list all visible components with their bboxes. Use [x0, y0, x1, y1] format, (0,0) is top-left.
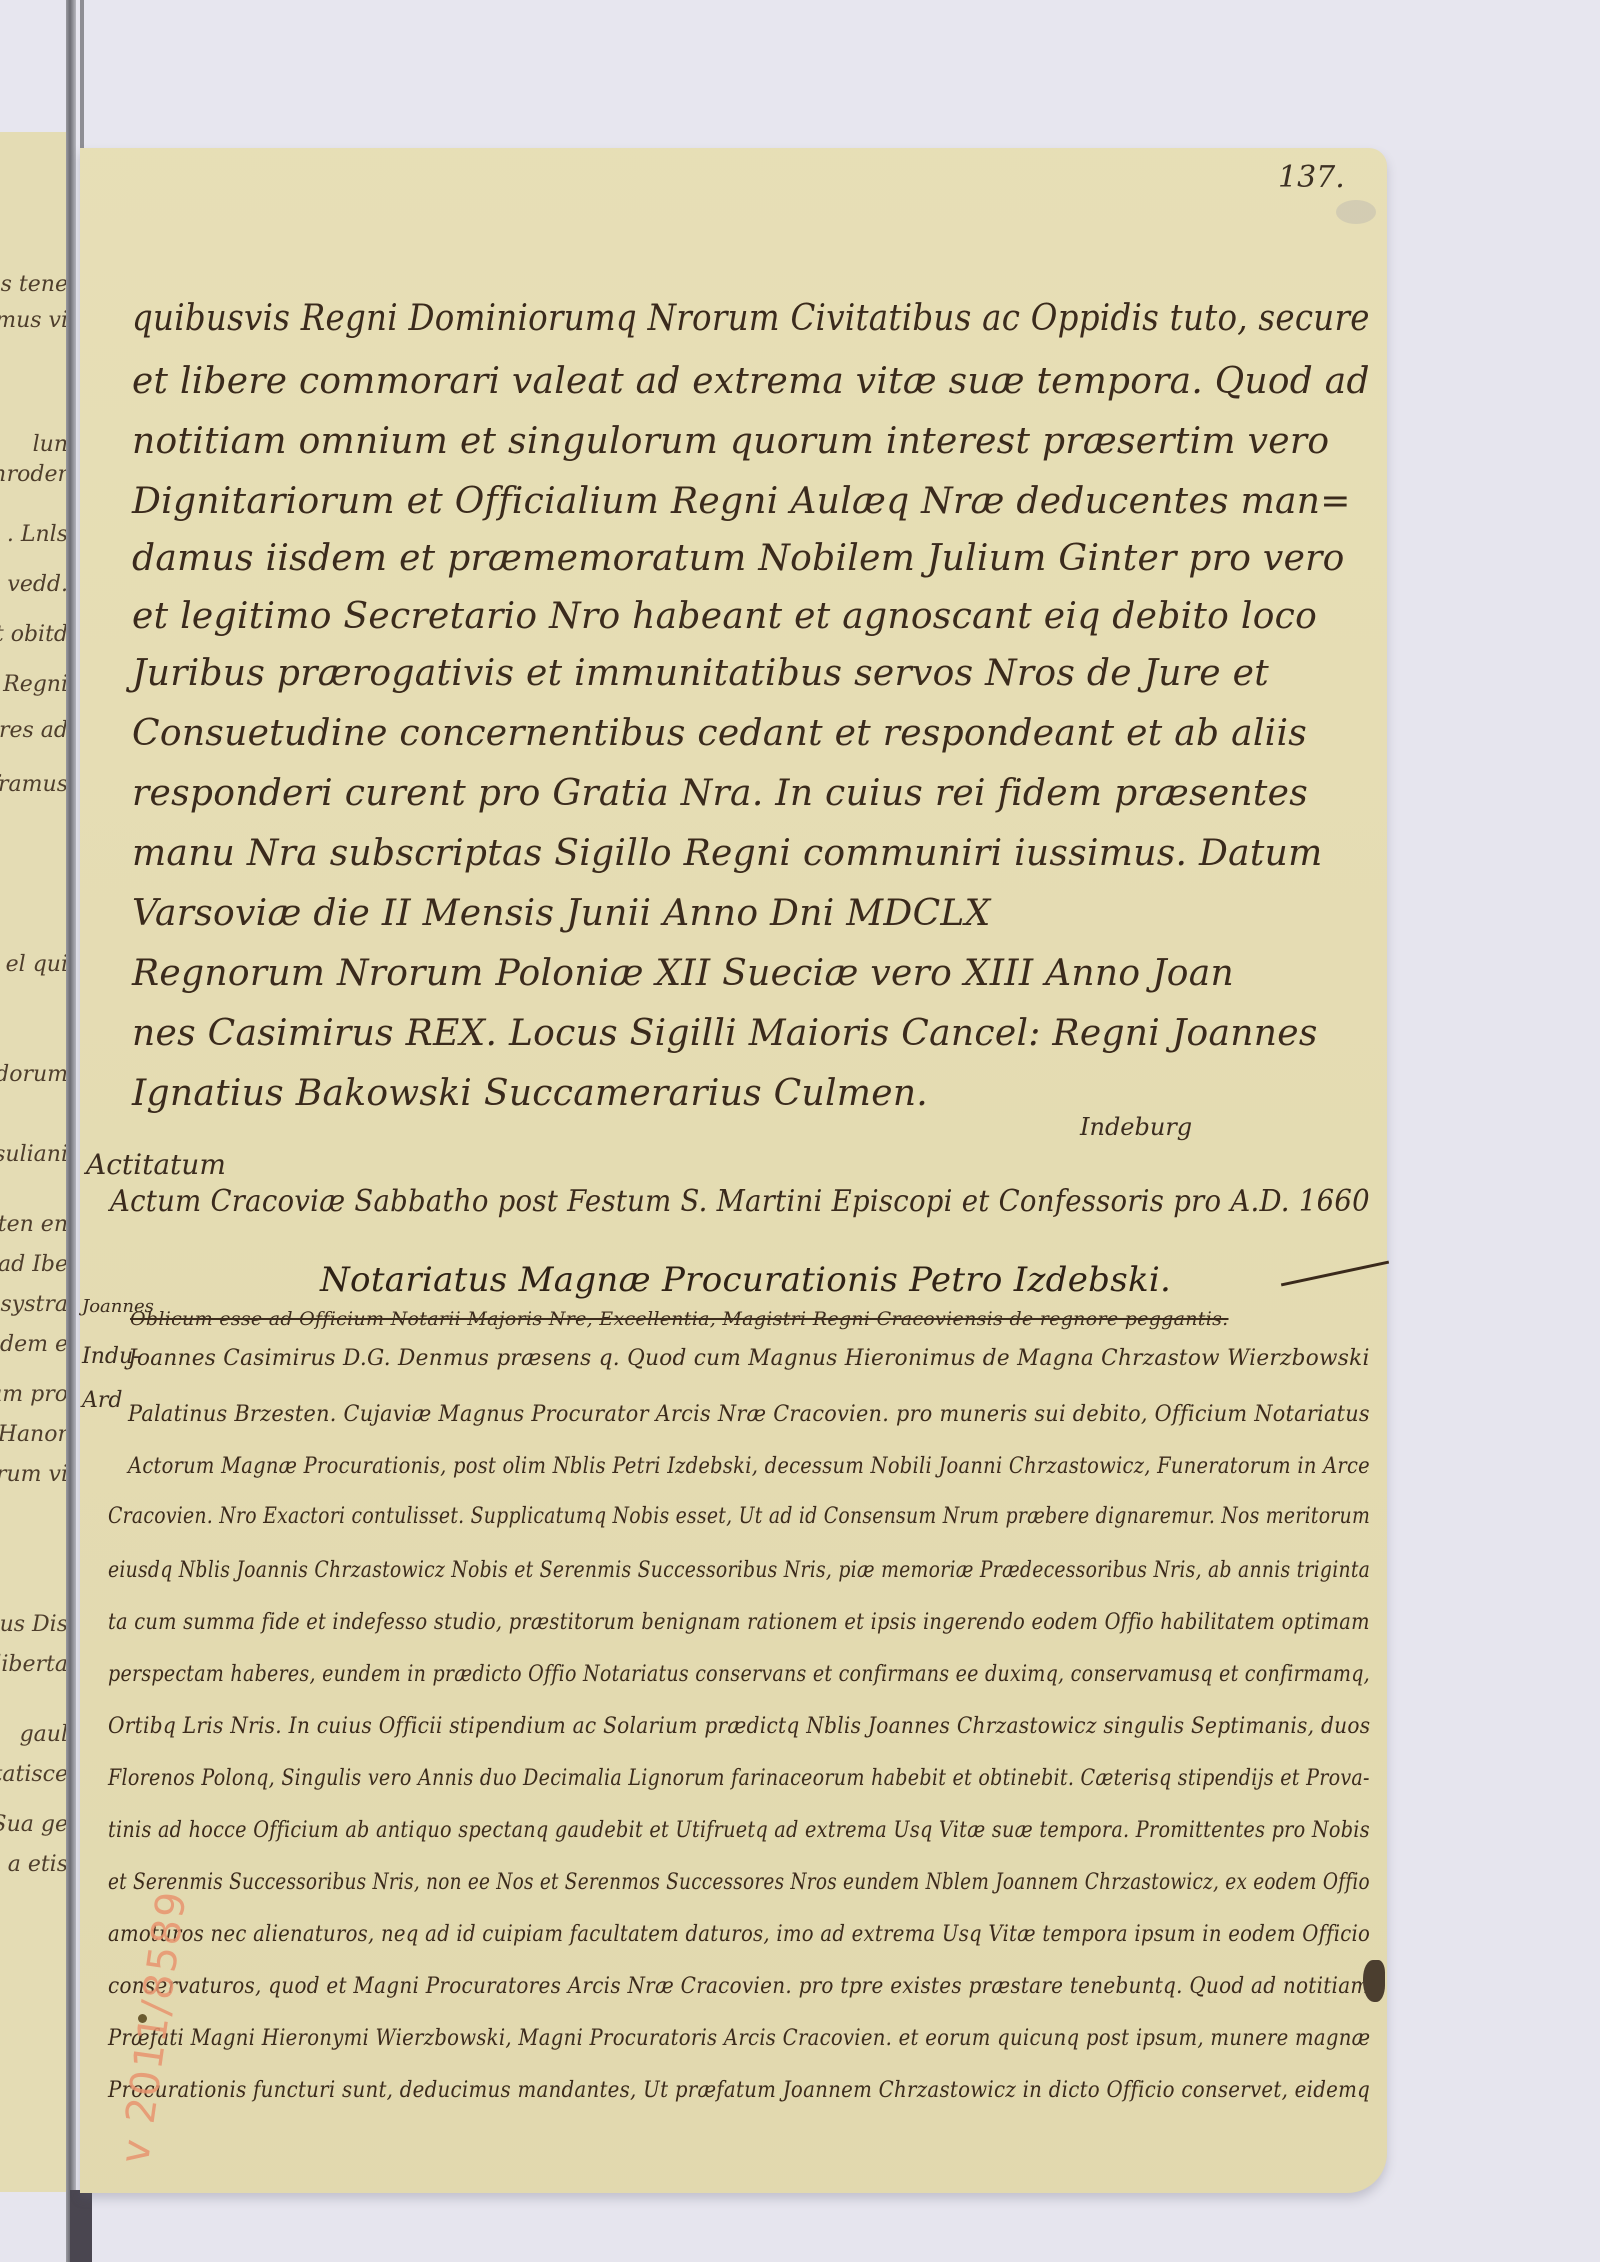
text-line: Actorum Magnæ Procurationis, post olim N…: [128, 1454, 1370, 1479]
prev-page-fragment: ten en: [0, 1212, 68, 1237]
prev-page-fragment: rum pro: [0, 1382, 68, 1407]
pencil-smudge: [1336, 200, 1376, 224]
prev-page-fragment: gaul: [20, 1722, 68, 1747]
prev-page-fragment: dem e: [0, 1332, 68, 1357]
text-line: eiusdq Nblis Joannis Chrzastowicz Nobis …: [108, 1558, 1370, 1583]
text-line: Joannes Casimirus D.G. Denmus præsens q.…: [128, 1346, 1370, 1371]
text-line: Consuetudine concernentibus cedant et re…: [132, 713, 1307, 754]
text-line: Cracovien. Nro Exactori contulisset. Sup…: [108, 1504, 1370, 1529]
prev-page-fragment: inisystra: [0, 1292, 68, 1317]
text-line: Præfati Magni Hieronymi Wierzbowski, Mag…: [108, 2026, 1370, 2051]
text-line: Regnorum Nrorum Poloniæ XII Sueciæ vero …: [132, 953, 1234, 994]
binding-strip: [80, 0, 84, 150]
actum-line: Actum Cracoviæ Sabbatho post Festum S. M…: [110, 1184, 1370, 1219]
text-line: Palatinus Brzesten. Cujaviæ Magnus Procu…: [128, 1402, 1370, 1427]
text-line: perspectam haberes, eundem in prædicto O…: [108, 1662, 1370, 1687]
manuscript-folio: 137. quibusvis Regni Dominiorumq Nrorum …: [80, 148, 1387, 2193]
prev-page-fragment: torum vi: [0, 1462, 68, 1487]
text-line: ta cum summa fide et indefesso studio, p…: [108, 1610, 1370, 1635]
prev-page-fragment: Insuliani: [0, 1142, 68, 1167]
margin-note: Ard: [82, 1388, 123, 1413]
text-line: Juribus prærogativis et immunitatibus se…: [132, 653, 1269, 694]
previous-page-edge: us tene mus vi lun Schroder . Lnls vedd.…: [0, 132, 70, 2192]
prev-page-fragment: Schroder: [0, 462, 68, 487]
text-line: damus iisdem et præmemoratum Nobilem Jul…: [132, 538, 1345, 579]
text-line: amoturos nec alienaturos, neq ad id cuip…: [108, 1922, 1370, 1947]
scan-background: [0, 0, 1600, 150]
prev-page-fragment: framus: [0, 772, 68, 797]
text-line: tinis ad hocce Officium ab antiquo spect…: [108, 1818, 1370, 1843]
folio-number: 137.: [1278, 160, 1345, 195]
struck-out-line: Oblicum esse ad Officium Notarii Majoris…: [130, 1308, 1229, 1330]
text-line: manu Nra subscriptas Sigillo Regni commu…: [132, 833, 1323, 874]
text-line: responderi curent pro Gratia Nra. In cui…: [132, 773, 1308, 814]
text-line: quibusvis Regni Dominiorumq Nrorum Civit…: [132, 298, 1370, 339]
prev-page-fragment: mus vi: [0, 308, 68, 333]
prev-page-fragment: Sua ge: [0, 1812, 68, 1837]
date-underline: [1281, 1261, 1389, 1287]
text-line: Dignitariorum et Officialium Regni Aulæq…: [132, 481, 1351, 522]
text-line: Florenos Polonq, Singulis vero Annis duo…: [108, 1766, 1370, 1791]
text-line: notitiam omnium et singulorum quorum int…: [132, 421, 1329, 462]
text-line: conservaturos, quod et Magni Procuratore…: [108, 1974, 1370, 1999]
prev-page-fragment: ad Ibe: [0, 1252, 68, 1277]
text-line: Procurationis functuri sunt, deducimus m…: [108, 2078, 1370, 2103]
prev-page-fragment: t Hanor: [0, 1422, 68, 1447]
binding-foot: [70, 2190, 92, 2262]
text-line: Ignatius Bakowski Succamerarius Culmen.: [132, 1073, 928, 1114]
text-line: Varsoviæ die II Mensis Junii Anno Dni MD…: [132, 893, 991, 934]
prev-page-fragment: el qui: [6, 952, 68, 977]
prev-page-fragment: res ad: [0, 718, 68, 743]
prev-page-fragment: a etis: [8, 1852, 68, 1877]
prev-page-fragment: us tene: [0, 272, 68, 297]
text-line: et Serenmis Successoribus Nris, non ee N…: [108, 1870, 1370, 1895]
prev-page-fragment: vedd.: [7, 572, 68, 597]
text-line: Ortibq Lris Nris. In cuius Officii stipe…: [108, 1714, 1370, 1739]
book-gutter: [66, 0, 76, 2262]
ink-blot: [1363, 1960, 1385, 2002]
margin-note-actitatum: Actitatum: [86, 1148, 226, 1181]
interlinear-note: Indeburg: [1080, 1113, 1192, 1141]
prev-page-fragment: liberta: [0, 1652, 68, 1677]
text-line: et libere commorari valeat ad extrema vi…: [132, 361, 1370, 402]
text-line: nes Casimirus REX. Locus Sigilli Maioris…: [132, 1013, 1318, 1054]
prev-page-fragment: ndorum: [0, 1062, 68, 1087]
text-line: et legitimo Secretario Nro habeant et ag…: [132, 596, 1317, 637]
prev-page-fragment: hus Dis: [0, 1612, 68, 1637]
prev-page-fragment: lun: [33, 432, 68, 457]
prev-page-fragment: Regni: [3, 672, 68, 697]
prev-page-fragment: . Lnls: [7, 522, 68, 547]
prev-page-fragment: tatisce: [0, 1762, 68, 1787]
section-title: Notariatus Magnæ Procurationis Petro Izd…: [320, 1260, 1171, 1300]
prev-page-fragment: t obitd: [0, 622, 68, 647]
